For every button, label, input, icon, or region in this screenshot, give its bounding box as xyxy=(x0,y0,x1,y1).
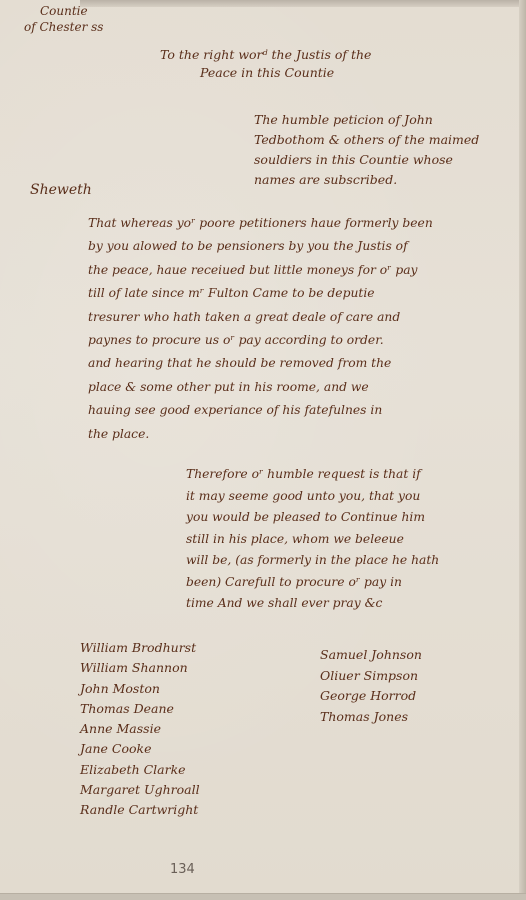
sheweth-heading: Sheweth xyxy=(30,182,92,198)
signatory-name: Samuel Johnson xyxy=(320,645,422,666)
prayer-line: Therefore oʳ humble request is that if xyxy=(186,464,439,486)
signatories-right-column: Samuel Johnson Oliuer Simpson George Hor… xyxy=(320,645,422,727)
manuscript-page: Countie of Chester ss To the right worᵈ … xyxy=(0,0,526,900)
signatory-name: Anne Massie xyxy=(80,719,200,739)
signatory-name: Thomas Deane xyxy=(80,699,200,719)
petitioner-block: The humble peticion of John Tedbothom & … xyxy=(254,110,479,190)
body-line: the peace, haue receiued but little mone… xyxy=(88,259,433,282)
prayer-line: you would be pleased to Continue him xyxy=(186,507,439,529)
signatory-name: Jane Cooke xyxy=(80,739,200,759)
body-line: by you alowed to be pensioners by you th… xyxy=(88,235,433,258)
body-line: the place. xyxy=(88,423,433,446)
address-line: Peace in this Countie xyxy=(160,64,371,82)
petitioner-line: names are subscribed. xyxy=(254,170,479,190)
signatory-name: John Moston xyxy=(80,679,200,699)
address-block: To the right worᵈ the Justis of the Peac… xyxy=(160,46,371,82)
folio-number: 134 xyxy=(170,862,195,877)
petitioner-line: souldiers in this Countie whose xyxy=(254,150,479,170)
petitioner-line: Tedbothom & others of the maimed xyxy=(254,130,479,150)
signatory-name: William Brodhurst xyxy=(80,638,200,658)
body-line: hauing see good experiance of his fatefu… xyxy=(88,399,433,422)
paper-right-edge xyxy=(519,0,526,900)
signatory-name: Oliuer Simpson xyxy=(320,666,422,687)
signatory-name: Margaret Ughroall xyxy=(80,780,200,800)
petition-body: That whereas yoʳ poore petitioners haue … xyxy=(88,212,433,446)
signatories-left-column: William Brodhurst William Shannon John M… xyxy=(80,638,200,821)
body-line: and hearing that he should be removed fr… xyxy=(88,352,433,375)
prayer-block: Therefore oʳ humble request is that if i… xyxy=(186,464,439,615)
prayer-line: been) Carefull to procure oʳ pay in xyxy=(186,572,439,594)
signatory-name: Thomas Jones xyxy=(320,707,422,728)
body-line: tresurer who hath taken a great deale of… xyxy=(88,306,433,329)
paper-fold-shadow xyxy=(80,0,526,7)
signatory-name: George Horrod xyxy=(320,686,422,707)
address-line: To the right worᵈ the Justis of the xyxy=(160,46,371,64)
prayer-line: it may seeme good unto you, that you xyxy=(186,486,439,508)
prayer-line: time And we shall ever pray &c xyxy=(186,593,439,615)
signatory-name: William Shannon xyxy=(80,658,200,678)
signatory-name: Randle Cartwright xyxy=(80,800,200,820)
body-line: till of late since mʳ Fulton Came to be … xyxy=(88,282,433,305)
body-line: paynes to procure us oʳ pay according to… xyxy=(88,329,433,352)
body-line: That whereas yoʳ poore petitioners haue … xyxy=(88,212,433,235)
signatory-name: Elizabeth Clarke xyxy=(80,760,200,780)
prayer-line: still in his place, whom we beleeue xyxy=(186,529,439,551)
prayer-line: will be, (as formerly in the place he ha… xyxy=(186,550,439,572)
margin-heading-county: Countie xyxy=(40,4,88,19)
petitioner-line: The humble peticion of John xyxy=(254,110,479,130)
paper-bottom-edge xyxy=(0,893,526,900)
body-line: place & some other put in his roome, and… xyxy=(88,376,433,399)
margin-heading-jurisdiction: of Chester ss xyxy=(24,20,103,34)
